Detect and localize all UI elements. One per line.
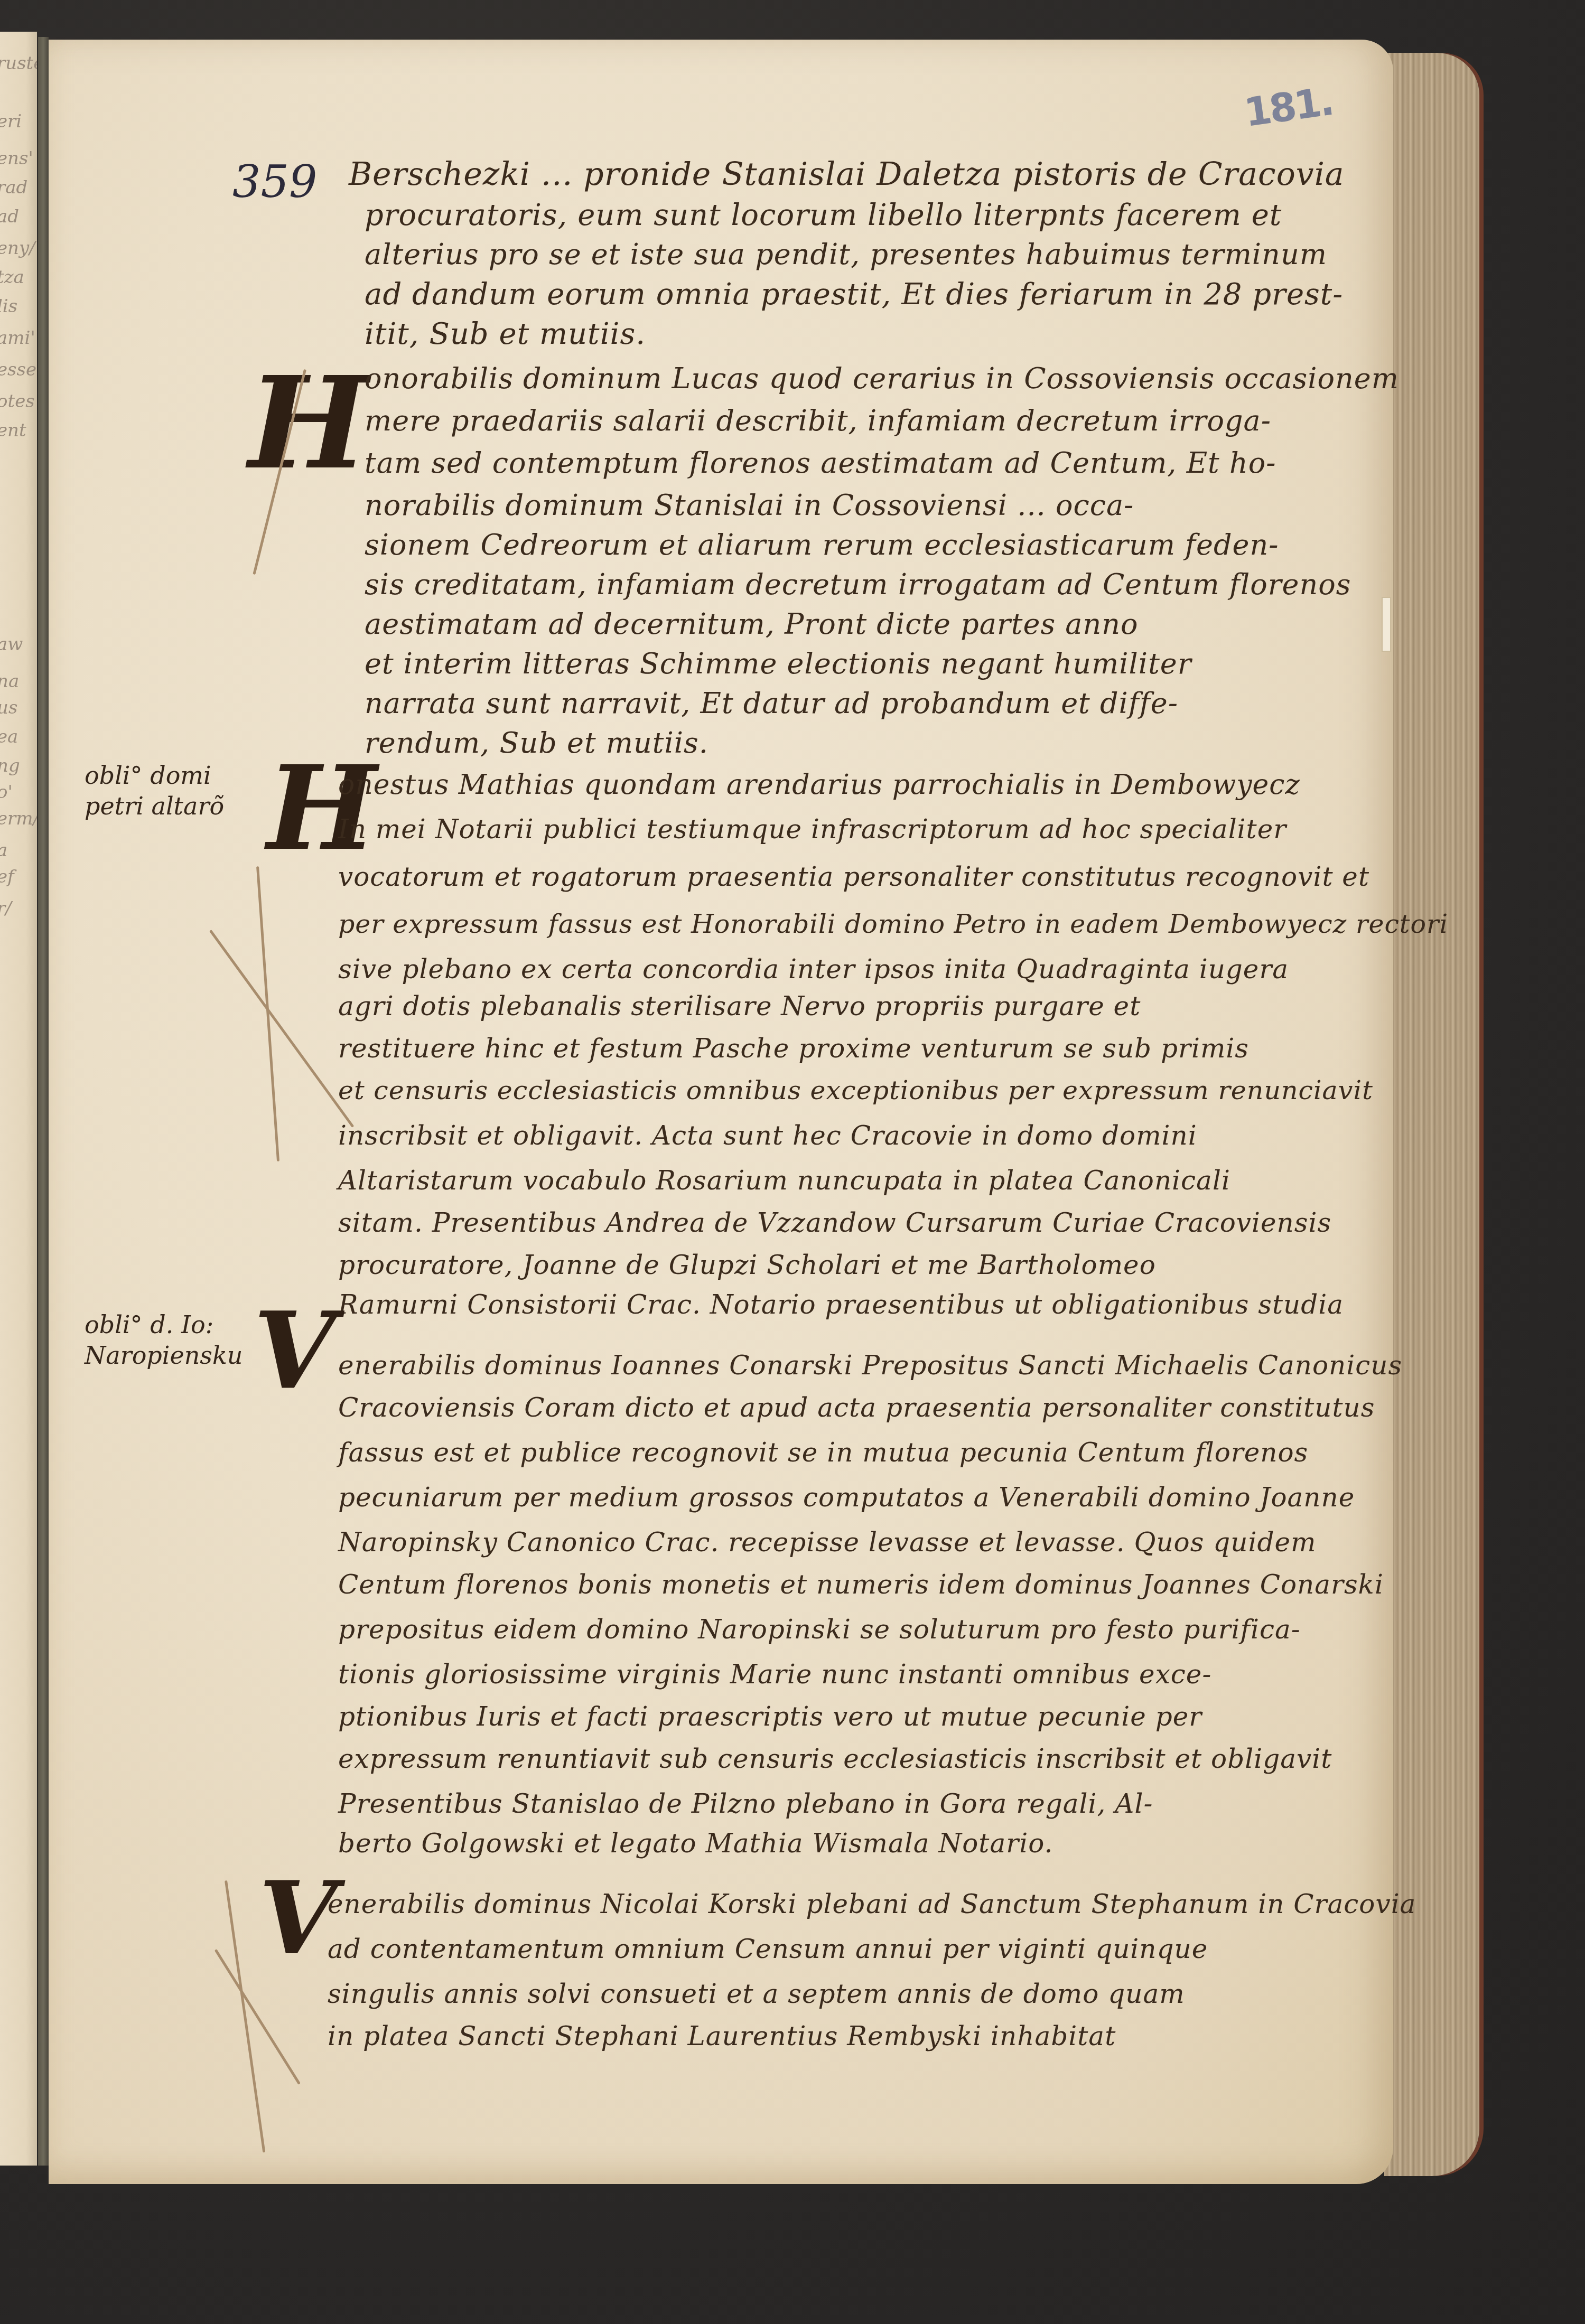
entry-line: In mei Notarii publici testiumque infras… [338, 816, 1286, 842]
margin-note-line: obli° domi [85, 761, 224, 791]
entry-line: inscribsit et obligavit. Acta sunt hec C… [338, 1122, 1197, 1149]
entry-line: ad contentamentum omnium Censum annui pe… [328, 1936, 1208, 1962]
entry-line: procuratoris, eum sunt locorum libello l… [365, 201, 1282, 230]
entry-line: berto Golgowski et legato Mathia Wismala… [338, 1830, 1053, 1857]
entry-line: ptionibus Iuris et facti praescriptis ve… [338, 1703, 1202, 1730]
entry-line: prepositus eidem domino Naropinski se so… [338, 1616, 1301, 1643]
left-fragment-text: ent [0, 420, 26, 441]
left-fragment-text: ens' [0, 148, 33, 169]
entry-line: enerabilis dominus Nicolai Korski pleban… [328, 1891, 1416, 1917]
decorated-initial: H [248, 349, 368, 498]
margin-note: obli° domi petri altarõ [85, 761, 224, 821]
entry-line: in platea Sancti Stephani Laurentius Rem… [328, 2023, 1116, 2049]
left-fragment-text: rad [0, 177, 27, 198]
entry-line: enerabilis dominus Ioannes Conarski Prep… [338, 1352, 1402, 1379]
entry-line: Ramurni Consistorii Crac. Notario praese… [338, 1291, 1344, 1318]
entry-line: onorabilis dominum Lucas quod cerarius i… [365, 364, 1399, 393]
entry-line: vocatorum et rogatorum praesentia person… [338, 864, 1369, 890]
entry-line: pecuniarum per medium grossos computatos… [338, 1484, 1355, 1511]
entry-line: expressum renuntiavit sub censuris eccle… [338, 1746, 1332, 1772]
entry-line: mere praedariis salarii describit, infam… [365, 407, 1271, 435]
left-fragment-text: tza [0, 267, 24, 288]
left-fragment-text: eri [0, 111, 22, 132]
entry-line: rendum, Sub et mutiis. [365, 729, 708, 757]
entry-line: ad dandum eorum omnia praestit, Et dies … [365, 280, 1343, 310]
decorated-initial: H [267, 739, 377, 876]
entry-line: sis creditatam, infamiam decretum irroga… [365, 570, 1351, 599]
entry-line: narrata sunt narravit, Et datur ad proba… [365, 689, 1178, 718]
entry-line: sionem Cedreorum et aliarum rerum eccles… [365, 531, 1279, 559]
left-fragment-text: na [0, 671, 19, 692]
paper-tab-marker [1382, 597, 1391, 652]
entry-line: procuratore, Joanne de Glupzi Scholari e… [338, 1252, 1156, 1278]
margin-note: obli° d. Io: Naropiensku [85, 1310, 243, 1371]
entry-line: singulis annis solvi consueti et a septe… [328, 1981, 1185, 2007]
entry-line: per expressum fassus est Honorabili domi… [338, 911, 1448, 937]
entry-line: tam sed contemptum florenos aestimatam a… [365, 449, 1276, 477]
entry-line: norabilis dominum Stanislai in Cossovien… [365, 491, 1134, 520]
left-fragment-text: eny/ [0, 238, 35, 259]
left-fragment-text: ea [0, 726, 18, 747]
entry-line: Cracoviensis Coram dicto et apud acta pr… [338, 1394, 1375, 1421]
entry-line: restituere hinc et festum Pasche proxime… [338, 1035, 1249, 1062]
left-fragment-text: ami' [0, 327, 35, 349]
left-fragment-text: otes [0, 391, 35, 412]
entry-line: fassus est et publice recognovit se in m… [338, 1439, 1308, 1466]
left-fragment-text: erm/ [0, 808, 37, 829]
left-fragment-text: ad [0, 206, 19, 227]
entry-line: Presentibus Stanislao de Pilzno plebano … [338, 1791, 1153, 1817]
left-page-fragment: ruste eri ens' rad ad eny/ tza lis ami' … [0, 32, 37, 2166]
entry-line: alterius pro se et iste sua pendit, pres… [365, 240, 1327, 269]
margin-note-line: Naropiensku [85, 1341, 243, 1371]
left-fragment-text: ef [0, 866, 14, 887]
entry-line: Centum florenos bonis monetis et numeris… [338, 1571, 1384, 1598]
left-fragment-text: ruste [0, 53, 37, 74]
left-fragment-text: us [0, 697, 17, 718]
entry-line: itit, Sub et mutiis. [365, 320, 646, 349]
decorated-initial: V [259, 1859, 337, 1977]
left-fragment-text: lis [0, 296, 17, 317]
entry-line: aestimatam ad decernitum, Pront dicte pa… [365, 610, 1139, 639]
entry-line: et censuris ecclesiasticis omnibus excep… [338, 1077, 1373, 1103]
left-fragment-text: aw [0, 634, 23, 655]
entry-line: Naropinsky Canonico Crac. recepisse leva… [338, 1529, 1316, 1555]
entry-line: Berschezki ... pronide Stanislai Daletza… [349, 158, 1405, 190]
entry-line: sitam. Presentibus Andrea de Vzzandow Cu… [338, 1210, 1331, 1236]
margin-note-line: obli° d. Io: [85, 1310, 243, 1341]
left-fragment-text: r/ [0, 898, 12, 919]
left-fragment-text: ng [0, 755, 20, 776]
book-gutter [38, 37, 49, 2166]
left-fragment-text: esse [0, 359, 36, 380]
decorated-initial: V [254, 1289, 335, 1413]
left-fragment-text: o' [0, 782, 13, 803]
entry-line: Altaristarum vocabulo Rosarium nuncupata… [338, 1167, 1230, 1194]
entry-line: onestus Mathias quondam arendarius parro… [338, 771, 1300, 799]
entry-line: tionis gloriosissime virginis Marie nunc… [338, 1661, 1211, 1688]
entry-line: sive plebano ex certa concordia inter ip… [338, 956, 1289, 982]
entry-number: 359 [232, 156, 317, 208]
entry-line: agri dotis plebanalis sterilisare Nervo … [338, 993, 1141, 1019]
left-fragment-text: a [0, 840, 7, 861]
margin-note-line: petri altarõ [85, 791, 224, 822]
entry-line: et interim litteras Schimme electionis n… [365, 650, 1192, 678]
